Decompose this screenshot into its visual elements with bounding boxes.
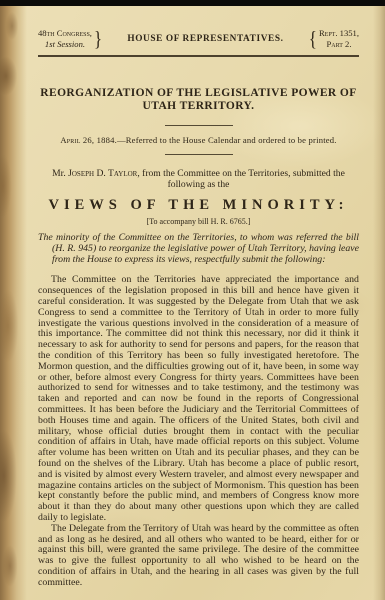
report-number: Rept. 1351, bbox=[319, 28, 359, 39]
dateline-date: April 26, 1884. bbox=[60, 135, 117, 145]
preamble-paragraph: The minority of the Committee on the Ter… bbox=[38, 233, 359, 265]
document-page: 48th Congress, 1st Session. } HOUSE OF R… bbox=[0, 6, 385, 600]
submitter-name: Joseph D. Taylor bbox=[68, 168, 137, 179]
accompany-note: [To accompany bill H. R. 6765.] bbox=[38, 217, 359, 226]
report-title: REORGANIZATION OF THE LEGISLATIVE POWER … bbox=[39, 87, 359, 113]
chamber-title: HOUSE OF REPRESENTATIVES. bbox=[104, 34, 307, 44]
masthead-left-block: 48th Congress, 1st Session. bbox=[38, 28, 92, 49]
page-content: 48th Congress, 1st Session. } HOUSE OF R… bbox=[38, 6, 359, 589]
body-paragraph: The Committee on the Territories have ap… bbox=[38, 275, 359, 523]
part-number: Part 2. bbox=[319, 39, 359, 50]
congress-line: 48th Congress, bbox=[38, 28, 92, 39]
page-worn-edge bbox=[0, 6, 27, 600]
dateline: April 26, 1884.—Referred to the House Ca… bbox=[38, 135, 359, 145]
dateline-text: —Referred to the House Calendar and orde… bbox=[117, 135, 337, 145]
photo-background: 48th Congress, 1st Session. } HOUSE OF R… bbox=[0, 0, 385, 600]
right-brace: { bbox=[307, 28, 319, 49]
views-heading: VIEWS OF THE MINORITY: bbox=[38, 197, 359, 214]
submitter-honorific: Mr. bbox=[52, 168, 68, 179]
session-line: 1st Session. bbox=[38, 39, 92, 50]
left-brace: } bbox=[92, 28, 104, 49]
submission-text: , from the Committee on the Territories,… bbox=[137, 168, 345, 190]
submission-line: Mr. Joseph D. Taylor, from the Committee… bbox=[38, 168, 359, 190]
divider-rule-bottom bbox=[165, 154, 233, 155]
masthead-rule bbox=[38, 55, 359, 57]
masthead: 48th Congress, 1st Session. } HOUSE OF R… bbox=[38, 28, 359, 49]
masthead-right-block: Rept. 1351, Part 2. bbox=[319, 28, 359, 49]
divider-rule-top bbox=[165, 125, 233, 126]
body-paragraph: The Delegate from the Territory of Utah … bbox=[38, 524, 359, 589]
